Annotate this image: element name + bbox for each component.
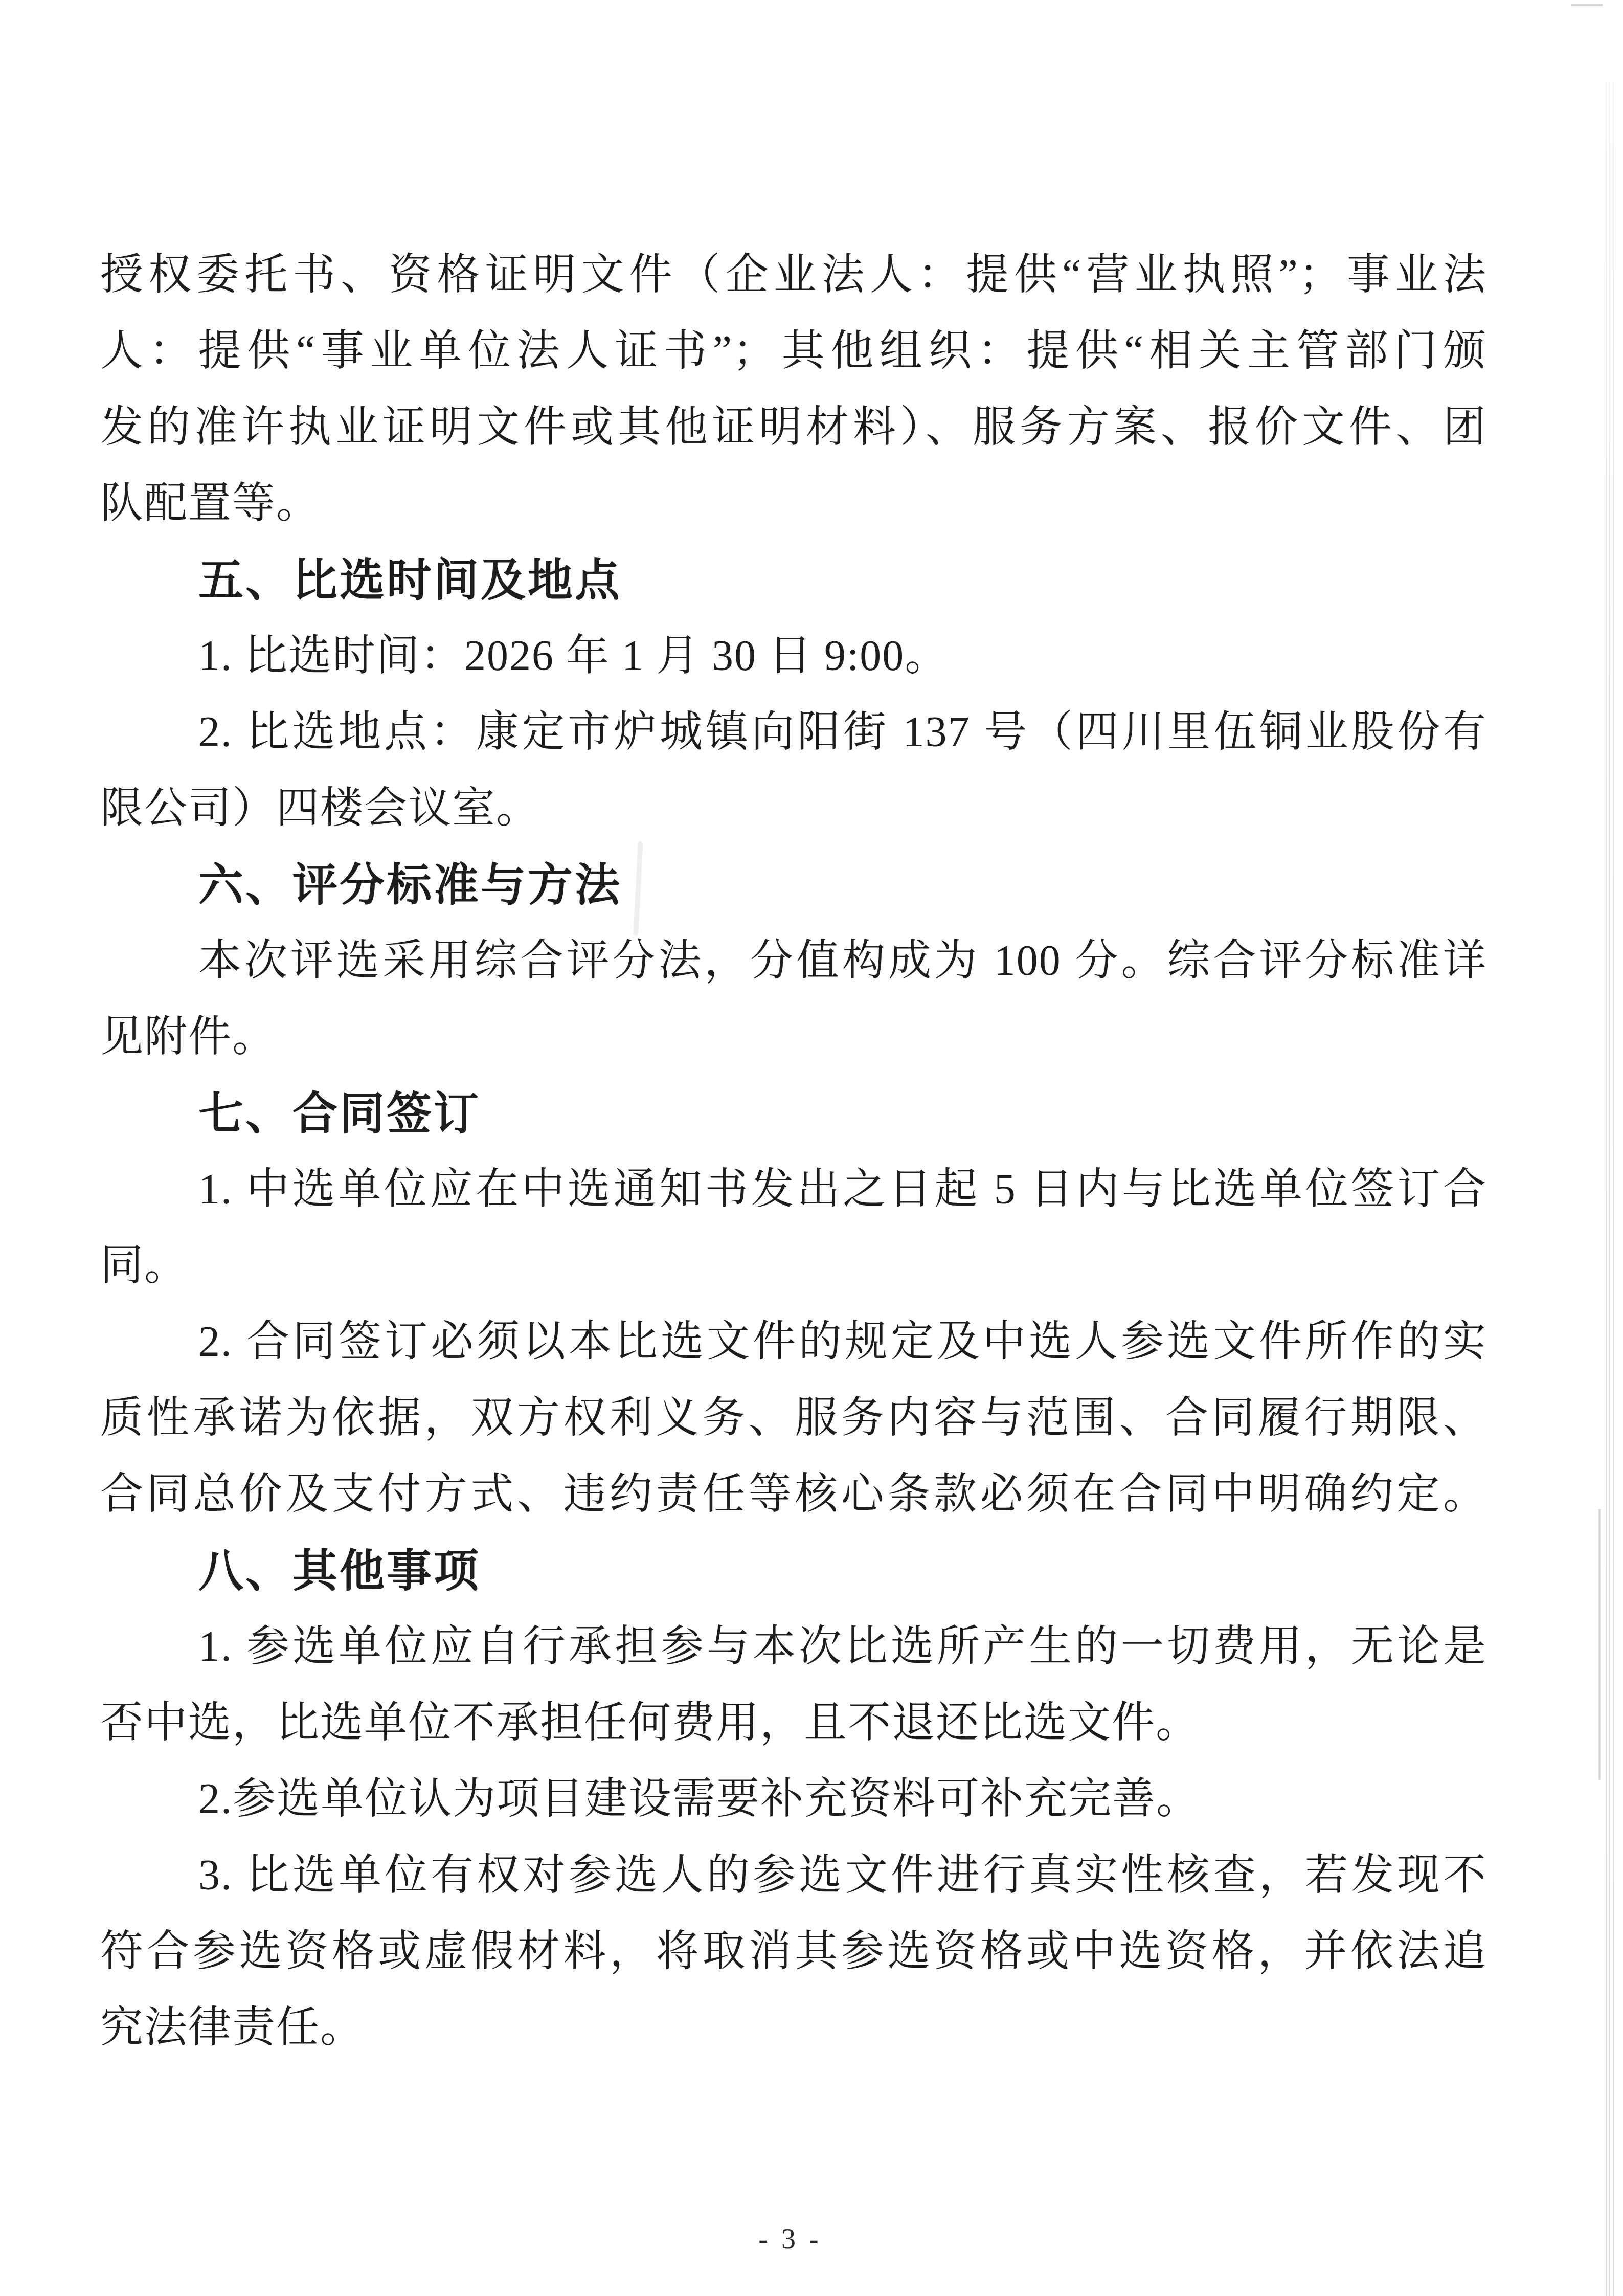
body-line: 发的准许执业证明文件或其他证明材料）、服务方案、报价文件、团 [100,389,1487,465]
section-heading-7: 七、合同签订 [100,1075,1487,1151]
body-line: 授权委托书、资格证明文件（企业法人：提供“营业执照”；事业法 [100,237,1487,313]
document-page: 授权委托书、资格证明文件（企业法人：提供“营业执照”；事业法 人：提供“事业单位… [0,0,1623,2296]
scan-edge-line [1606,82,1607,2296]
scan-top-dash [1571,4,1603,6]
document-text-block: 授权委托书、资格证明文件（企业法人：提供“营业执照”；事业法 人：提供“事业单位… [100,237,1487,2066]
body-line: 1. 比选时间：2026 年 1 月 30 日 9:00。 [100,618,1487,694]
body-line: 否中选，比选单位不承担任何费用，且不退还比选文件。 [100,1685,1487,1761]
body-line: 2. 比选地点：康定市炉城镇向阳街 137 号（四川里伍铜业股份有 [100,694,1487,770]
body-line: 本次评选采用综合评分法，分值构成为 100 分。综合评分标准详 [100,923,1487,999]
body-line: 队配置等。 [100,465,1487,542]
body-line: 2. 合同签订必须以本比选文件的规定及中选人参选文件所作的实 [100,1304,1487,1380]
section-heading-8: 八、其他事项 [100,1532,1487,1609]
body-line: 1. 参选单位应自行承担参与本次比选所产生的一切费用，无论是 [100,1609,1487,1685]
body-line: 2.参选单位认为项目建设需要补充资料可补充完善。 [100,1761,1487,1837]
page-number: - 3 - [0,2219,1580,2260]
scan-edge-smudge [1598,1509,1601,1780]
scan-edge-line [1609,82,1610,2296]
scan-edge-line [1613,82,1614,2296]
section-heading-6: 六、评分标准与方法 [100,846,1487,923]
body-line: 1. 中选单位应在中选通知书发出之日起 5 日内与比选单位签订合 [100,1151,1487,1228]
body-line: 究法律责任。 [100,1990,1487,2066]
body-line: 3. 比选单位有权对参选人的参选文件进行真实性核查，若发现不 [100,1837,1487,1913]
body-line: 见附件。 [100,999,1487,1075]
section-heading-5: 五、比选时间及地点 [100,542,1487,618]
body-line: 人：提供“事业单位法人证书”；其他组织：提供“相关主管部门颁 [100,313,1487,389]
body-line: 质性承诺为依据，双方权利义务、服务内容与范围、合同履行期限、 [100,1380,1487,1456]
body-line: 同。 [100,1228,1487,1304]
body-line: 合同总价及支付方式、违约责任等核心条款必须在合同中明确约定。 [100,1456,1487,1532]
body-line: 符合参选资格或虚假材料，将取消其参选资格或中选资格，并依法追 [100,1913,1487,1990]
body-line: 限公司）四楼会议室。 [100,770,1487,846]
